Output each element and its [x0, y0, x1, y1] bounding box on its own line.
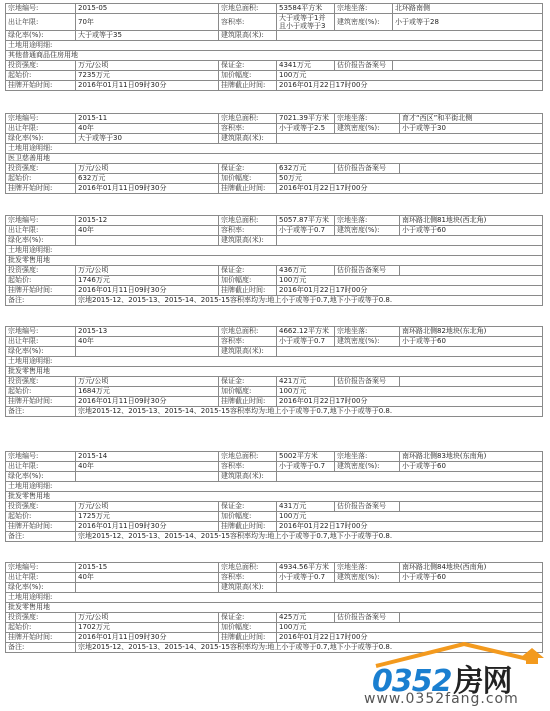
- label-increment: 加价幅度:: [219, 174, 277, 184]
- label-remark: 备注:: [6, 643, 76, 653]
- value-density: 小于或等于60: [400, 337, 543, 347]
- label-end-time: 挂牌截止时间:: [219, 522, 277, 532]
- label-investment: 投资强度:: [6, 502, 76, 512]
- label-remark: 备注:: [6, 407, 76, 417]
- label-start-price: 起始价:: [6, 276, 76, 286]
- value-investment: 万元/公顷: [76, 377, 219, 387]
- value-deposit: 632万元: [277, 164, 335, 174]
- label-location: 宗地坐落:: [335, 452, 400, 462]
- label-total-area: 宗地总面积:: [219, 563, 277, 573]
- value-end-time: 2016年01月22日17时00分: [277, 286, 543, 296]
- label-start-time: 挂牌开始时间:: [6, 522, 76, 532]
- value-use: 其他普通商品住房用地: [6, 51, 543, 61]
- value-appraisal: [400, 164, 543, 174]
- value-height: [277, 347, 543, 357]
- value-use: 批发零售用地: [6, 492, 543, 502]
- label-total-area: 宗地总面积:: [219, 4, 277, 14]
- label-density: 建筑密度(%):: [335, 226, 400, 236]
- label-green: 绿化率(%):: [6, 236, 76, 246]
- value-start-time: 2016年01月11日09时30分: [76, 522, 219, 532]
- parcel-table-2015-12: 宗地编号: 2015-12 宗地总面积: 5057.87平方米 宗地坐落: 南环…: [5, 215, 543, 306]
- value-green: 大于或等于30: [76, 134, 219, 144]
- value-total-area: 5057.87平方米: [277, 216, 335, 226]
- label-term: 出让年限:: [6, 337, 76, 347]
- value-use: 批发零售用地: [6, 603, 543, 613]
- label-density: 建筑密度(%):: [335, 462, 400, 472]
- value-use: 批发零售用地: [6, 256, 543, 266]
- label-height: 建筑限高(米):: [219, 236, 277, 246]
- label-end-time: 挂牌截止时间:: [219, 633, 277, 643]
- label-density: 建筑密度(%):: [335, 124, 400, 134]
- value-investment: 万元/公顷: [76, 613, 219, 623]
- value-total-area: 5002平方米: [277, 452, 335, 462]
- label-use-detail: 土地用途明细:: [6, 246, 543, 256]
- value-total-area: 7021.39平方米: [277, 114, 335, 124]
- value-start-price: 1702万元: [76, 623, 219, 633]
- value-remark: 宗地2015-12、2015-13、2015-14、2015-15容积率均为:地…: [76, 532, 543, 542]
- parcel-table-2015-05: 宗地编号: 2015-05 宗地总面积: 53584平方米 宗地坐落: 北环路南…: [5, 3, 543, 91]
- label-far: 容积率:: [219, 573, 277, 583]
- value-term: 40年: [76, 226, 219, 236]
- value-green: [76, 472, 219, 482]
- value-location: 南环路北侧84地块(西南角): [400, 563, 543, 573]
- value-parcel-no: 2015-05: [76, 4, 219, 14]
- label-end-time: 挂牌截止时间:: [219, 81, 277, 91]
- value-start-time: 2016年01月11日09时30分: [76, 286, 219, 296]
- label-green: 绿化率(%):: [6, 583, 76, 593]
- value-density: 小于或等于60: [400, 573, 543, 583]
- value-green: [76, 236, 219, 246]
- value-height: [277, 31, 543, 41]
- label-height: 建筑限高(米):: [219, 31, 277, 41]
- parcel-table-2015-13: 宗地编号: 2015-13 宗地总面积: 4662.12平方米 宗地坐落: 南环…: [5, 326, 543, 417]
- value-deposit: 431万元: [277, 502, 335, 512]
- label-parcel-no: 宗地编号:: [6, 4, 76, 14]
- value-start-price: 7235万元: [76, 71, 219, 81]
- value-height: [277, 236, 543, 246]
- value-end-time: 2016年01月22日17时00分: [277, 81, 543, 91]
- label-investment: 投资强度:: [6, 61, 76, 71]
- label-total-area: 宗地总面积:: [219, 327, 277, 337]
- value-use: 批发零售用地: [6, 367, 543, 377]
- parcel-table-2015-14: 宗地编号: 2015-14 宗地总面积: 5002平方米 宗地坐落: 南环路北侧…: [5, 451, 543, 542]
- value-parcel-no: 2015-14: [76, 452, 219, 462]
- value-deposit: 425万元: [277, 613, 335, 623]
- label-height: 建筑限高(米):: [219, 472, 277, 482]
- label-remark: 备注:: [6, 532, 76, 542]
- label-start-price: 起始价:: [6, 71, 76, 81]
- label-location: 宗地坐落:: [335, 563, 400, 573]
- value-end-time: 2016年01月22日17时00分: [277, 184, 543, 194]
- value-remark: 宗地2015-12、2015-13、2015-14、2015-15容积率均为:地…: [76, 296, 543, 306]
- value-location: 育才“西区”和平街北侧: [400, 114, 543, 124]
- label-increment: 加价幅度:: [219, 71, 277, 81]
- label-term: 出让年限:: [6, 226, 76, 236]
- label-term: 出让年限:: [6, 124, 76, 134]
- label-use-detail: 土地用途明细:: [6, 41, 543, 51]
- value-start-time: 2016年01月11日09时30分: [76, 633, 219, 643]
- watermark-url: www.0352fang.com: [364, 691, 519, 707]
- label-parcel-no: 宗地编号:: [6, 327, 76, 337]
- label-density: 建筑密度(%):: [335, 337, 400, 347]
- label-location: 宗地坐落:: [335, 327, 400, 337]
- value-density: 小于或等于28: [393, 14, 543, 31]
- label-total-area: 宗地总面积:: [219, 114, 277, 124]
- label-start-time: 挂牌开始时间:: [6, 397, 76, 407]
- value-end-time: 2016年01月22日17时00分: [277, 522, 543, 532]
- label-location: 宗地坐落:: [335, 216, 400, 226]
- label-height: 建筑限高(米):: [219, 583, 277, 593]
- value-start-price: 1746万元: [76, 276, 219, 286]
- value-location: 南环路北侧83地块(东南角): [400, 452, 543, 462]
- label-appraisal: 估价报告备案号: [335, 502, 400, 512]
- value-start-time: 2016年01月11日09时30分: [76, 397, 219, 407]
- label-end-time: 挂牌截止时间:: [219, 397, 277, 407]
- value-increment: 100万元: [277, 71, 543, 81]
- label-use-detail: 土地用途明细:: [6, 357, 543, 367]
- value-appraisal: [400, 613, 543, 623]
- value-green: 大于或等于35: [76, 31, 219, 41]
- value-far: 小于或等于0.7: [277, 226, 335, 236]
- value-far: 小于或等于0.7: [277, 462, 335, 472]
- label-location: 宗地坐落:: [335, 4, 393, 14]
- label-appraisal: 估价报告备案号: [335, 266, 400, 276]
- label-deposit: 保证金:: [219, 613, 277, 623]
- label-start-time: 挂牌开始时间:: [6, 286, 76, 296]
- label-green: 绿化率(%):: [6, 347, 76, 357]
- label-start-price: 起始价:: [6, 512, 76, 522]
- value-investment: 万元/公顷: [76, 61, 219, 71]
- label-parcel-no: 宗地编号:: [6, 452, 76, 462]
- label-increment: 加价幅度:: [219, 512, 277, 522]
- value-term: 40年: [76, 124, 219, 134]
- value-appraisal: [400, 502, 543, 512]
- value-term: 40年: [76, 573, 219, 583]
- label-use-detail: 土地用途明细:: [6, 144, 543, 154]
- label-appraisal: 估价报告备案号: [335, 61, 393, 71]
- label-term: 出让年限:: [6, 14, 76, 31]
- label-start-price: 起始价:: [6, 387, 76, 397]
- label-total-area: 宗地总面积:: [219, 452, 277, 462]
- label-total-area: 宗地总面积:: [219, 216, 277, 226]
- label-far: 容积率:: [219, 226, 277, 236]
- value-total-area: 4934.56平方米: [277, 563, 335, 573]
- label-density: 建筑密度(%):: [335, 573, 400, 583]
- value-deposit: 421万元: [277, 377, 335, 387]
- label-start-price: 起始价:: [6, 174, 76, 184]
- value-term: 40年: [76, 462, 219, 472]
- label-appraisal: 估价报告备案号: [335, 164, 400, 174]
- value-end-time: 2016年01月22日17时00分: [277, 397, 543, 407]
- label-remark: 备注:: [6, 296, 76, 306]
- value-location: 南环路北侧82地块(东北角): [400, 327, 543, 337]
- label-parcel-no: 宗地编号:: [6, 216, 76, 226]
- value-density: 小于或等于60: [400, 226, 543, 236]
- label-appraisal: 估价报告备案号: [335, 613, 400, 623]
- value-location: 南环路北侧81地块(西北角): [400, 216, 543, 226]
- label-deposit: 保证金:: [219, 377, 277, 387]
- label-parcel-no: 宗地编号:: [6, 114, 76, 124]
- value-total-area: 53584平方米: [277, 4, 335, 14]
- value-deposit: 436万元: [277, 266, 335, 276]
- value-term: 70年: [76, 14, 219, 31]
- label-parcel-no: 宗地编号:: [6, 563, 76, 573]
- value-far: 小于或等于0.7: [277, 337, 335, 347]
- label-location: 宗地坐落:: [335, 114, 400, 124]
- value-investment: 万元/公顷: [76, 502, 219, 512]
- label-deposit: 保证金:: [219, 164, 277, 174]
- value-investment: 万元/公顷: [76, 266, 219, 276]
- value-green: [76, 347, 219, 357]
- value-investment: 万元/公顷: [76, 164, 219, 174]
- site-watermark: 0352房网 www.0352fang.com: [372, 640, 547, 710]
- label-use-detail: 土地用途明细:: [6, 482, 543, 492]
- value-increment: 100万元: [277, 387, 543, 397]
- value-height: [277, 134, 543, 144]
- value-far: 小于或等于2.5: [277, 124, 335, 134]
- value-start-price: 1684万元: [76, 387, 219, 397]
- label-far: 容积率:: [219, 462, 277, 472]
- label-use-detail: 土地用途明细:: [6, 593, 543, 603]
- value-height: [277, 472, 543, 482]
- value-increment: 100万元: [277, 623, 543, 633]
- value-far: 小于或等于0.7: [277, 573, 335, 583]
- label-appraisal: 估价报告备案号: [335, 377, 400, 387]
- value-parcel-no: 2015-11: [76, 114, 219, 124]
- value-parcel-no: 2015-15: [76, 563, 219, 573]
- value-increment: 100万元: [277, 512, 543, 522]
- label-deposit: 保证金:: [219, 61, 277, 71]
- value-increment: 50万元: [277, 174, 543, 184]
- label-term: 出让年限:: [6, 462, 76, 472]
- label-increment: 加价幅度:: [219, 276, 277, 286]
- label-increment: 加价幅度:: [219, 387, 277, 397]
- label-start-time: 挂牌开始时间:: [6, 81, 76, 91]
- value-start-time: 2016年01月11日09时30分: [76, 184, 219, 194]
- label-density: 建筑密度(%):: [335, 14, 393, 31]
- label-investment: 投资强度:: [6, 164, 76, 174]
- label-investment: 投资强度:: [6, 377, 76, 387]
- value-term: 40年: [76, 337, 219, 347]
- label-deposit: 保证金:: [219, 266, 277, 276]
- value-density: 小于或等于30: [400, 124, 543, 134]
- value-parcel-no: 2015-12: [76, 216, 219, 226]
- value-start-price: 1725万元: [76, 512, 219, 522]
- value-green: [76, 583, 219, 593]
- label-end-time: 挂牌截止时间:: [219, 184, 277, 194]
- value-far: 大于或等于1并且小于或等于3: [277, 14, 335, 31]
- label-green: 绿化率(%):: [6, 31, 76, 41]
- value-deposit: 4341万元: [277, 61, 335, 71]
- label-start-time: 挂牌开始时间:: [6, 184, 76, 194]
- label-far: 容积率:: [219, 14, 277, 31]
- label-start-time: 挂牌开始时间:: [6, 633, 76, 643]
- label-increment: 加价幅度:: [219, 623, 277, 633]
- label-start-price: 起始价:: [6, 623, 76, 633]
- value-height: [277, 583, 543, 593]
- label-far: 容积率:: [219, 337, 277, 347]
- value-start-time: 2016年01月11日09时30分: [76, 81, 219, 91]
- value-use: 医卫慈善用地: [6, 154, 543, 164]
- label-green: 绿化率(%):: [6, 472, 76, 482]
- label-green: 绿化率(%):: [6, 134, 76, 144]
- value-density: 小于或等于60: [400, 462, 543, 472]
- value-total-area: 4662.12平方米: [277, 327, 335, 337]
- label-height: 建筑限高(米):: [219, 134, 277, 144]
- value-appraisal: [400, 377, 543, 387]
- label-end-time: 挂牌截止时间:: [219, 286, 277, 296]
- label-height: 建筑限高(米):: [219, 347, 277, 357]
- value-start-price: 632万元: [76, 174, 219, 184]
- value-appraisal: [393, 61, 543, 71]
- value-increment: 100万元: [277, 276, 543, 286]
- value-appraisal: [400, 266, 543, 276]
- value-parcel-no: 2015-13: [76, 327, 219, 337]
- label-investment: 投资强度:: [6, 613, 76, 623]
- label-deposit: 保证金:: [219, 502, 277, 512]
- parcel-table-2015-11: 宗地编号: 2015-11 宗地总面积: 7021.39平方米 宗地坐落: 育才…: [5, 113, 543, 194]
- value-location: 北环路南侧: [393, 4, 543, 14]
- label-investment: 投资强度:: [6, 266, 76, 276]
- value-remark: 宗地2015-12、2015-13、2015-14、2015-15容积率均为:地…: [76, 407, 543, 417]
- label-far: 容积率:: [219, 124, 277, 134]
- label-term: 出让年限:: [6, 573, 76, 583]
